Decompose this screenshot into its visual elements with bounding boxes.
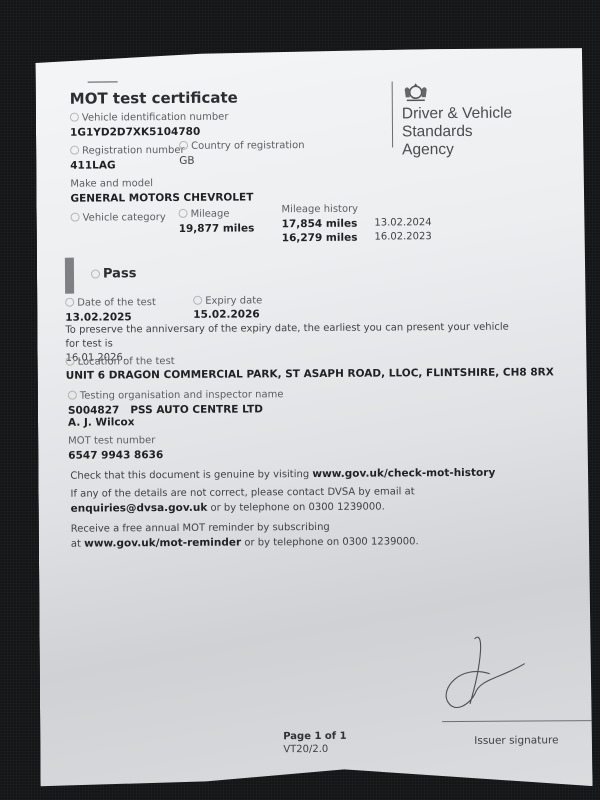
mot-reminder-link[interactable]: www.gov.uk/mot-reminder [84,537,241,550]
organisation-value: S004827 PSS AUTO CENTRE LTD [68,403,263,416]
organisation-label: Testing organisation and inspector name [68,389,284,402]
pass-indicator-bar [65,258,74,294]
signature-line [442,720,592,722]
info-icon [71,213,80,222]
country-label: Country of registration [179,140,304,152]
agency-line-1: Driver & Vehicle [402,105,512,124]
agency-name: Driver & Vehicle Standards Agency [402,105,513,160]
mileage-history-label: Mileage history [281,204,358,216]
check-mot-history-link[interactable]: www.gov.uk/check-mot-history [312,467,495,480]
info-icon [179,141,188,150]
inspector-name: A. J. Wilcox [68,416,135,428]
test-number-value: 6547 9943 8636 [68,449,163,462]
mileage-label: Mileage [179,209,230,220]
location-pin-icon [66,357,75,366]
issuer-signature-scribble [430,633,541,718]
contact-email-link[interactable]: enquiries@dvsa.gov.uk [71,502,208,515]
calendar-icon [193,296,202,305]
make-model-value: GENERAL MOTORS CHEVROLET [70,191,253,204]
info-icon [70,113,79,122]
expiry-date-label: Expiry date [193,295,262,306]
contact-note: If any of the details are not correct, p… [70,485,414,516]
location-value: UNIT 6 DRAGON COMMERCIAL PARK, ST ASAPH … [66,366,554,381]
page-number: Page 1 of 1 [283,731,346,742]
info-icon [70,146,79,155]
info-icon [68,391,77,400]
mileage-history-entry: 17,854 miles 13.02.2024 [282,217,432,232]
country-value: GB [179,155,194,167]
test-number-label: MOT test number [68,435,155,447]
certificate-title: MOT test certificate [70,89,238,108]
test-date-label: Date of the test [65,297,156,309]
info-icon [179,209,188,218]
form-code: VT20/2.0 [283,744,328,755]
royal-coat-of-arms-icon [402,81,430,103]
mileage-history-entry: 16,279 miles 16.02.2023 [282,231,432,246]
mileage-history-list: 17,854 miles 13.02.2024 16,279 miles 16.… [282,217,432,246]
agency-divider [392,81,393,147]
issuer-signature-label: Issuer signature [474,734,558,747]
registration-label: Registration number [70,145,185,157]
location-label: Location of the test [66,356,175,368]
top-mark [88,81,118,82]
reminder-note: Receive a free annual MOT reminder by su… [71,520,419,551]
test-date-value: 13.02.2025 [65,311,132,323]
registration-value: 411LAG [70,159,115,171]
vehicle-category-label: Vehicle category [71,212,166,224]
info-icon [91,269,100,278]
genuine-check-note: Check that this document is genuine by v… [70,467,495,482]
mileage-value: 19,877 miles [179,222,255,235]
calendar-icon [65,298,74,307]
make-model-label: Make and model [70,178,153,190]
mot-certificate-paper: MOT test certificate Driver & Vehicle St… [35,48,592,790]
result-status: Pass [91,262,137,281]
expiry-date-value: 15.02.2026 [193,308,260,320]
vin-value: 1G1YD2D7XK5104780 [70,126,200,139]
agency-line-3: Agency [402,141,512,160]
agency-line-2: Standards [402,123,512,142]
vin-label: Vehicle identification number [70,112,229,124]
